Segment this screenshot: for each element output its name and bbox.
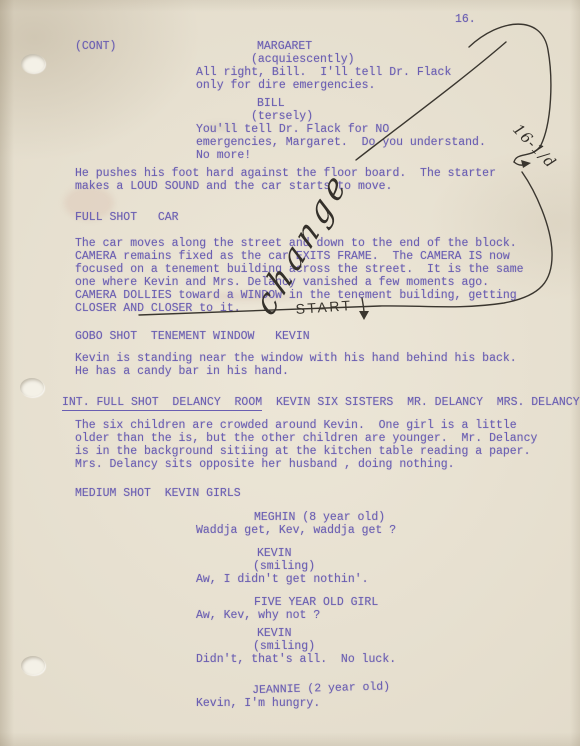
typed-line: focused on a tenement building across th… bbox=[75, 263, 524, 276]
typed-line: CLOSER AND CLOSER to it. bbox=[75, 302, 241, 315]
punch-hole-top bbox=[21, 54, 45, 73]
typed-line: He has a candy bar in his hand. bbox=[75, 365, 289, 378]
typed-line: MEDIUM SHOT KEVIN GIRLS bbox=[75, 487, 241, 500]
typed-line: Mrs. Delancy sits opposite her husband ,… bbox=[75, 458, 455, 471]
typed-line: Didn't, that's all. No luck. bbox=[196, 653, 396, 666]
typed-line: is in the background sitiing at the kitc… bbox=[75, 445, 530, 458]
curve-arrowhead-icon bbox=[521, 160, 531, 168]
typed-line: JEANNIE (2 year old) bbox=[252, 680, 390, 697]
typed-line: All right, Bill. I'll tell Dr. Flack bbox=[196, 66, 451, 79]
typed-line: FIVE YEAR OLD GIRL bbox=[254, 596, 378, 609]
typed-line: emergencies, Margaret. Do you understand… bbox=[196, 136, 486, 149]
punch-hole-middle bbox=[20, 378, 44, 397]
typed-line: No more! bbox=[196, 149, 251, 162]
typed-line: GOBO SHOT TENEMENT WINDOW KEVIN bbox=[75, 330, 310, 343]
typed-line: INT. FULL SHOT DELANCY ROOM KEVIN SIX SI… bbox=[62, 396, 580, 409]
page-number: 16. bbox=[455, 13, 476, 26]
typed-line: CAMERA DOLLIES toward a WINDOW in the te… bbox=[75, 289, 517, 302]
script-page: 16. (CONT)MARGARET(acquiescently)All rig… bbox=[0, 0, 580, 746]
typed-line: (tersely) bbox=[251, 110, 313, 123]
punch-hole-bottom bbox=[21, 656, 45, 675]
typed-line: one where Kevin and Mrs. Delancy vanishe… bbox=[75, 276, 489, 289]
typed-line: He pushes his foot hard against the floo… bbox=[75, 167, 496, 180]
typed-line: CAMERA remains fixed as the car EXITS FR… bbox=[75, 250, 510, 263]
typed-line: older than the is, but the other childre… bbox=[75, 432, 537, 445]
typed-line: (acquiescently) bbox=[251, 53, 355, 66]
typed-line: (CONT) bbox=[75, 40, 116, 53]
typed-line: makes a LOUD SOUND and the car starts to… bbox=[75, 180, 392, 193]
typed-line: You'll tell Dr. Flack for NO bbox=[196, 123, 389, 136]
typed-line: The six children are crowded around Kevi… bbox=[75, 419, 517, 432]
typed-line: Aw, I didn't get nothin'. bbox=[196, 573, 369, 586]
margin-curve-hook bbox=[514, 162, 526, 165]
typed-line: Kevin is standing near the window with h… bbox=[75, 352, 517, 365]
start-down-arrowhead bbox=[359, 311, 369, 320]
typed-line: The car moves along the street and down … bbox=[75, 237, 517, 250]
typed-line: (smiling) bbox=[253, 640, 315, 653]
typed-line: Aw, Kev, why not ? bbox=[196, 609, 320, 622]
typed-line: Kevin, I'm hungry. bbox=[196, 697, 320, 710]
typed-line: Waddja get, Kev, waddja get ? bbox=[196, 524, 396, 537]
typed-line: BILL bbox=[257, 97, 285, 110]
margin-note: 16-1/d bbox=[509, 120, 560, 172]
typed-line: MEGHIN (8 year old) bbox=[254, 511, 385, 524]
typed-line: MARGARET bbox=[257, 40, 312, 53]
typed-line: (smiling) bbox=[253, 560, 315, 573]
typed-line: FULL SHOT CAR bbox=[75, 211, 179, 224]
typed-line: only for dire emergencies. bbox=[196, 79, 375, 92]
typed-line: KEVIN bbox=[257, 547, 292, 560]
typed-line: KEVIN bbox=[257, 627, 292, 640]
